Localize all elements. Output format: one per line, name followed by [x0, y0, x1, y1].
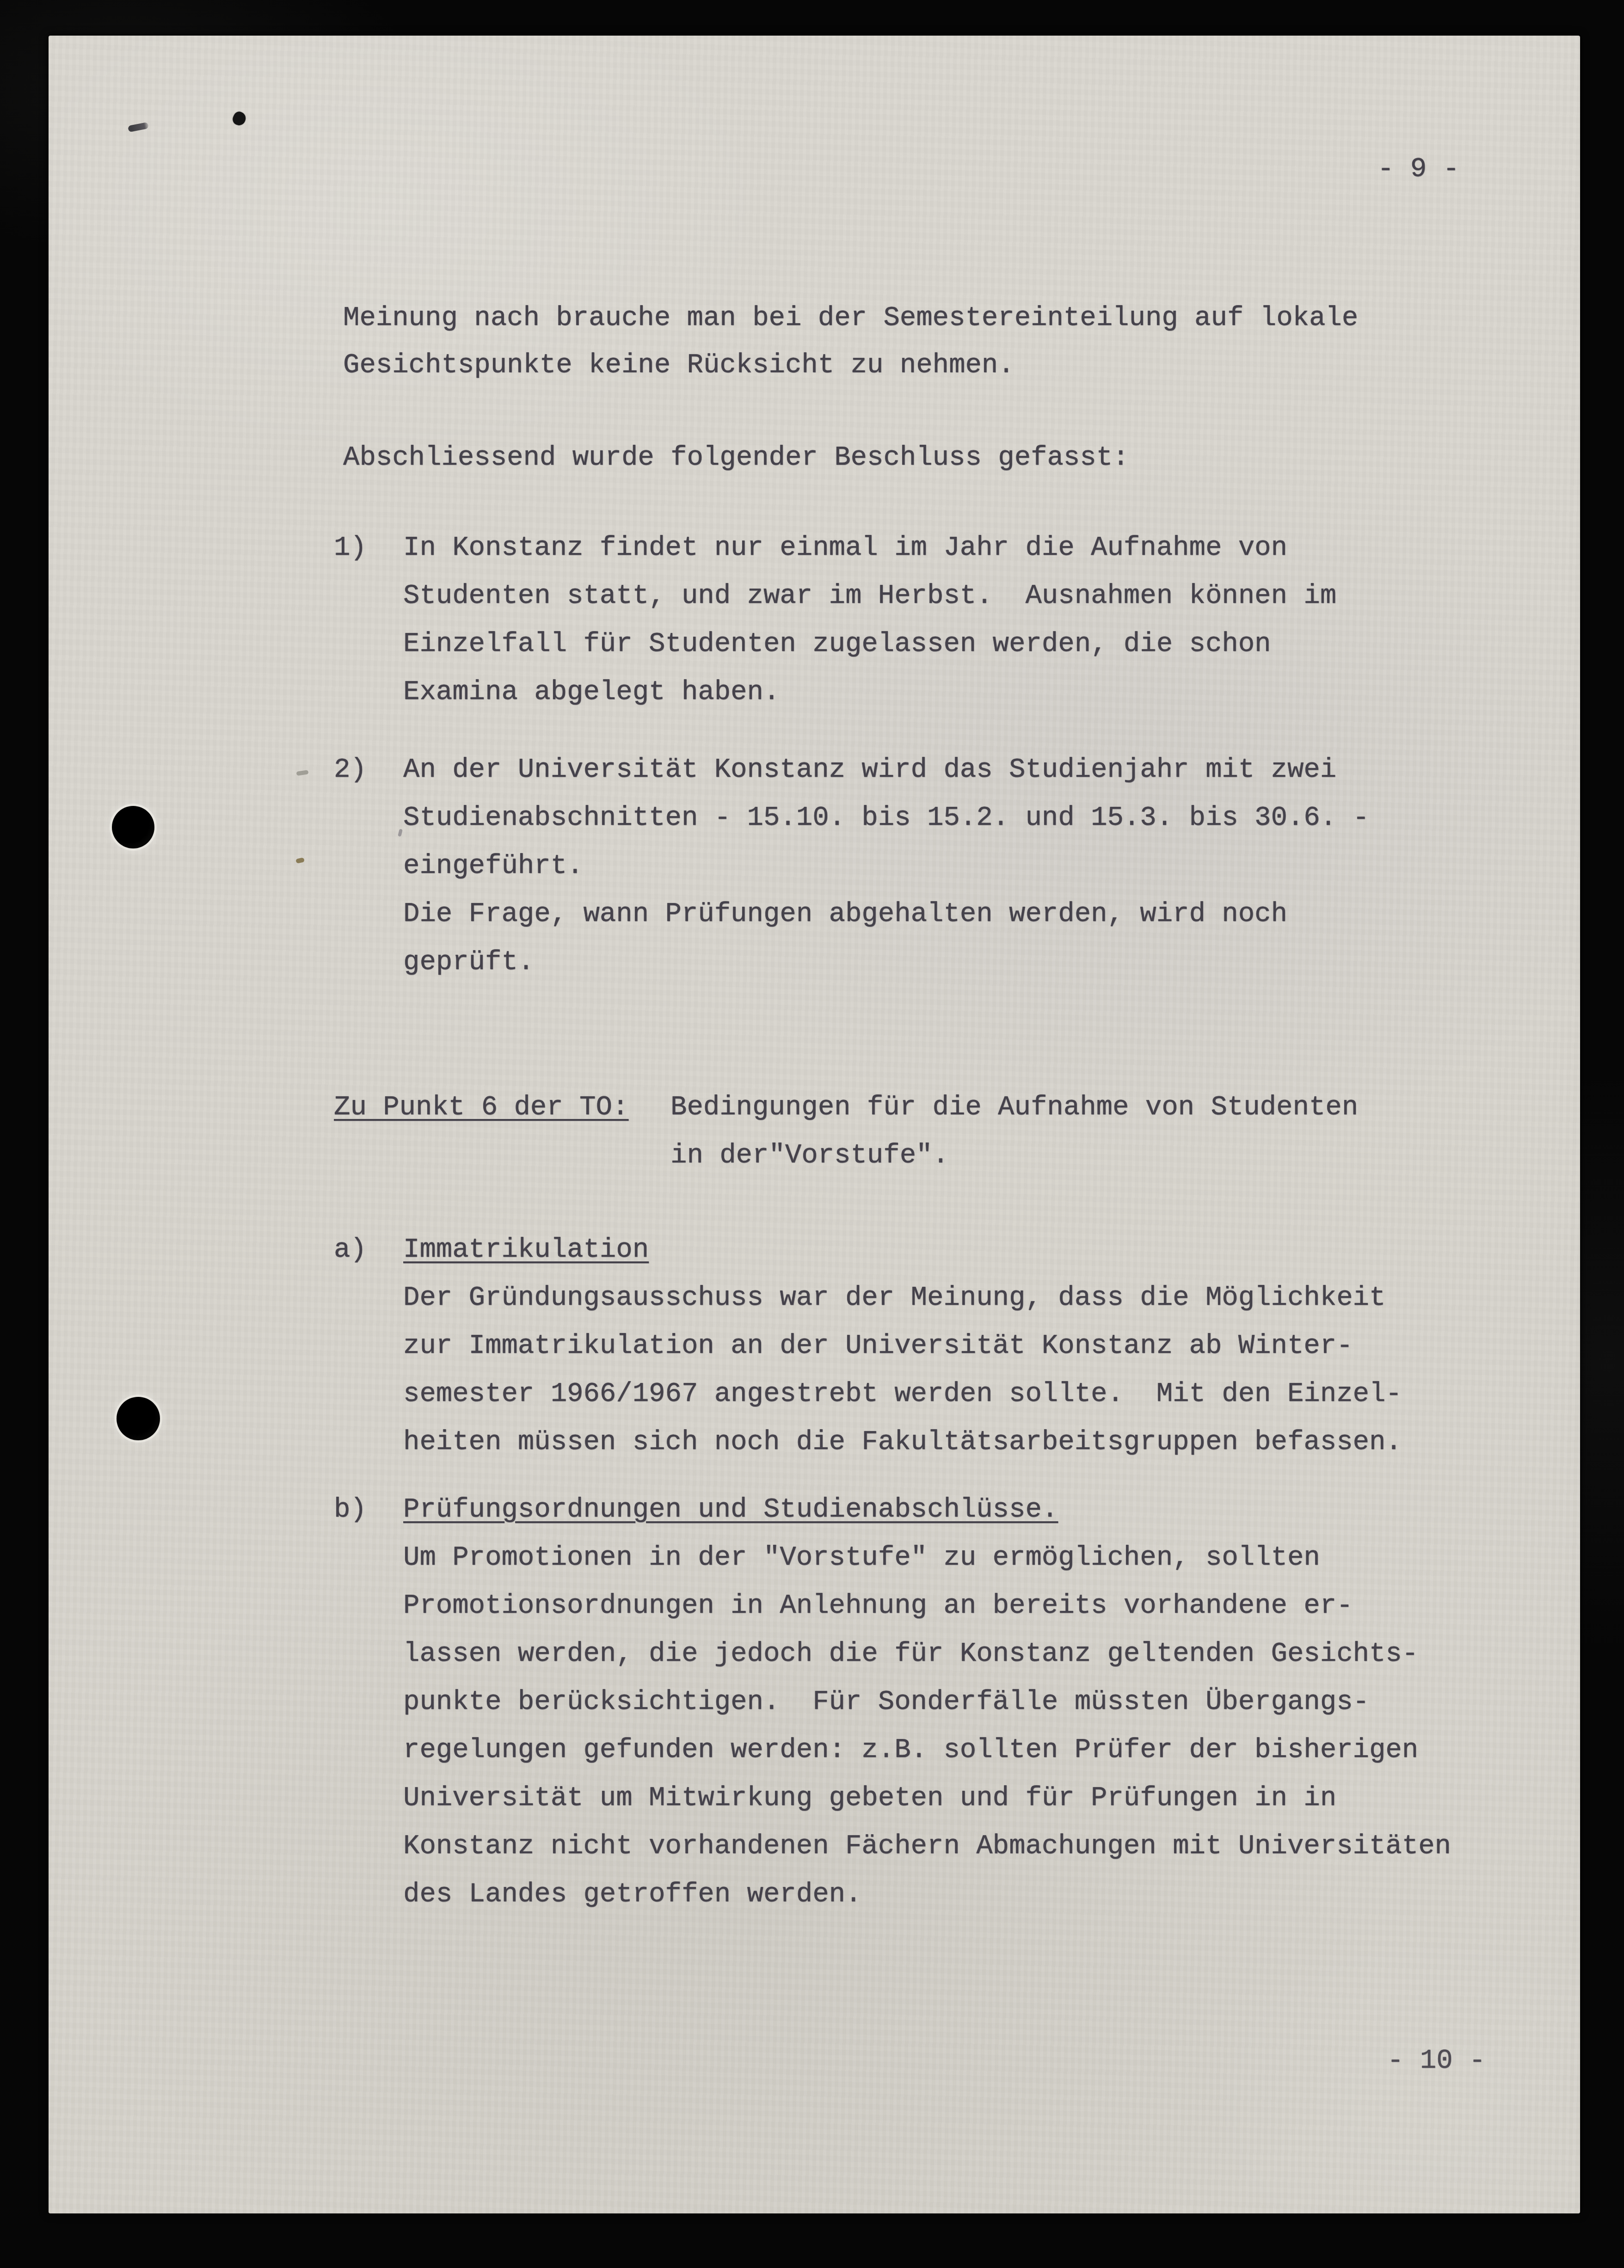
- underlined-heading: Prüfungsordnungen und Studienabschlüsse.: [403, 1495, 1058, 1524]
- text-line: zur Immatrikulation an der Universität K…: [403, 1331, 1353, 1361]
- page-number-bottom: - 10 -: [1387, 2046, 1485, 2076]
- text-line: Einzelfall für Studenten zugelassen werd…: [403, 629, 1271, 659]
- text-line: Die Frage, wann Prüfungen abgehalten wer…: [403, 899, 1287, 929]
- agenda-item-label: Zu Punkt 6 der TO:: [334, 1093, 628, 1122]
- text-line: Studenten statt, und zwar im Herbst. Aus…: [403, 581, 1336, 611]
- text-line: Der Gründungsausschuss war der Meinung, …: [403, 1283, 1385, 1313]
- text-line: Examina abgelegt haben.: [403, 677, 780, 707]
- list-letter: b): [334, 1495, 367, 1524]
- pen-dot-mark: [231, 110, 247, 127]
- text-line: Abschliessend wurde folgender Beschluss …: [343, 443, 1129, 473]
- text-line: Universität um Mitwirkung gebeten und fü…: [403, 1783, 1336, 1813]
- text-line: lassen werden, die jedoch die für Konsta…: [403, 1639, 1418, 1669]
- paper-speck: [295, 857, 305, 864]
- text-line: Studienabschnitten - 15.10. bis 15.2. un…: [403, 803, 1369, 833]
- underlined-heading: Immatrikulation: [403, 1235, 649, 1265]
- text-line: eingeführt.: [403, 851, 583, 881]
- scanned-document-screenshot: { "page": { "background_color": "#070707…: [0, 0, 1624, 2268]
- hole-punch-top: [112, 806, 154, 848]
- list-number: 2): [334, 755, 367, 785]
- text-line: Konstanz nicht vorhandenen Fächern Abmac…: [403, 1832, 1451, 1861]
- list-number: 1): [334, 533, 367, 563]
- page-number-top: - 9 -: [1378, 154, 1459, 184]
- text-line: punkte berücksichtigen. Für Sonderfälle …: [403, 1687, 1369, 1717]
- paper-speck: [398, 829, 403, 836]
- text-line: des Landes getroffen werden.: [403, 1880, 861, 1909]
- text-line: heiten müssen sich noch die Fakultätsarb…: [403, 1427, 1402, 1457]
- text-line: Meinung nach brauche man bei der Semeste…: [343, 303, 1358, 333]
- text-line: Gesichtspunkte keine Rücksicht zu nehmen…: [343, 350, 1015, 380]
- text-line: semester 1966/1967 angestrebt werden sol…: [403, 1379, 1402, 1409]
- pen-dash-mark: [128, 122, 149, 132]
- agenda-item-title: Bedingungen für die Aufnahme von Student…: [671, 1093, 1358, 1122]
- agenda-item-title: in der"Vorstufe".: [671, 1141, 949, 1170]
- text-line: An der Universität Konstanz wird das Stu…: [403, 755, 1336, 785]
- hole-punch-bottom: [117, 1397, 160, 1440]
- text-line: In Konstanz findet nur einmal im Jahr di…: [403, 533, 1287, 563]
- text-line: geprüft.: [403, 947, 534, 977]
- text-line: Promotionsordnungen in Anlehnung an bere…: [403, 1591, 1353, 1621]
- text-line: Um Promotionen in der "Vorstufe" zu ermö…: [403, 1543, 1320, 1573]
- list-letter: a): [334, 1235, 367, 1265]
- text-line: regelungen gefunden werden: z.B. sollten…: [403, 1735, 1418, 1765]
- document-page: - 9 - Meinung nach brauche man bei der S…: [49, 36, 1580, 2213]
- paper-speck: [296, 770, 309, 776]
